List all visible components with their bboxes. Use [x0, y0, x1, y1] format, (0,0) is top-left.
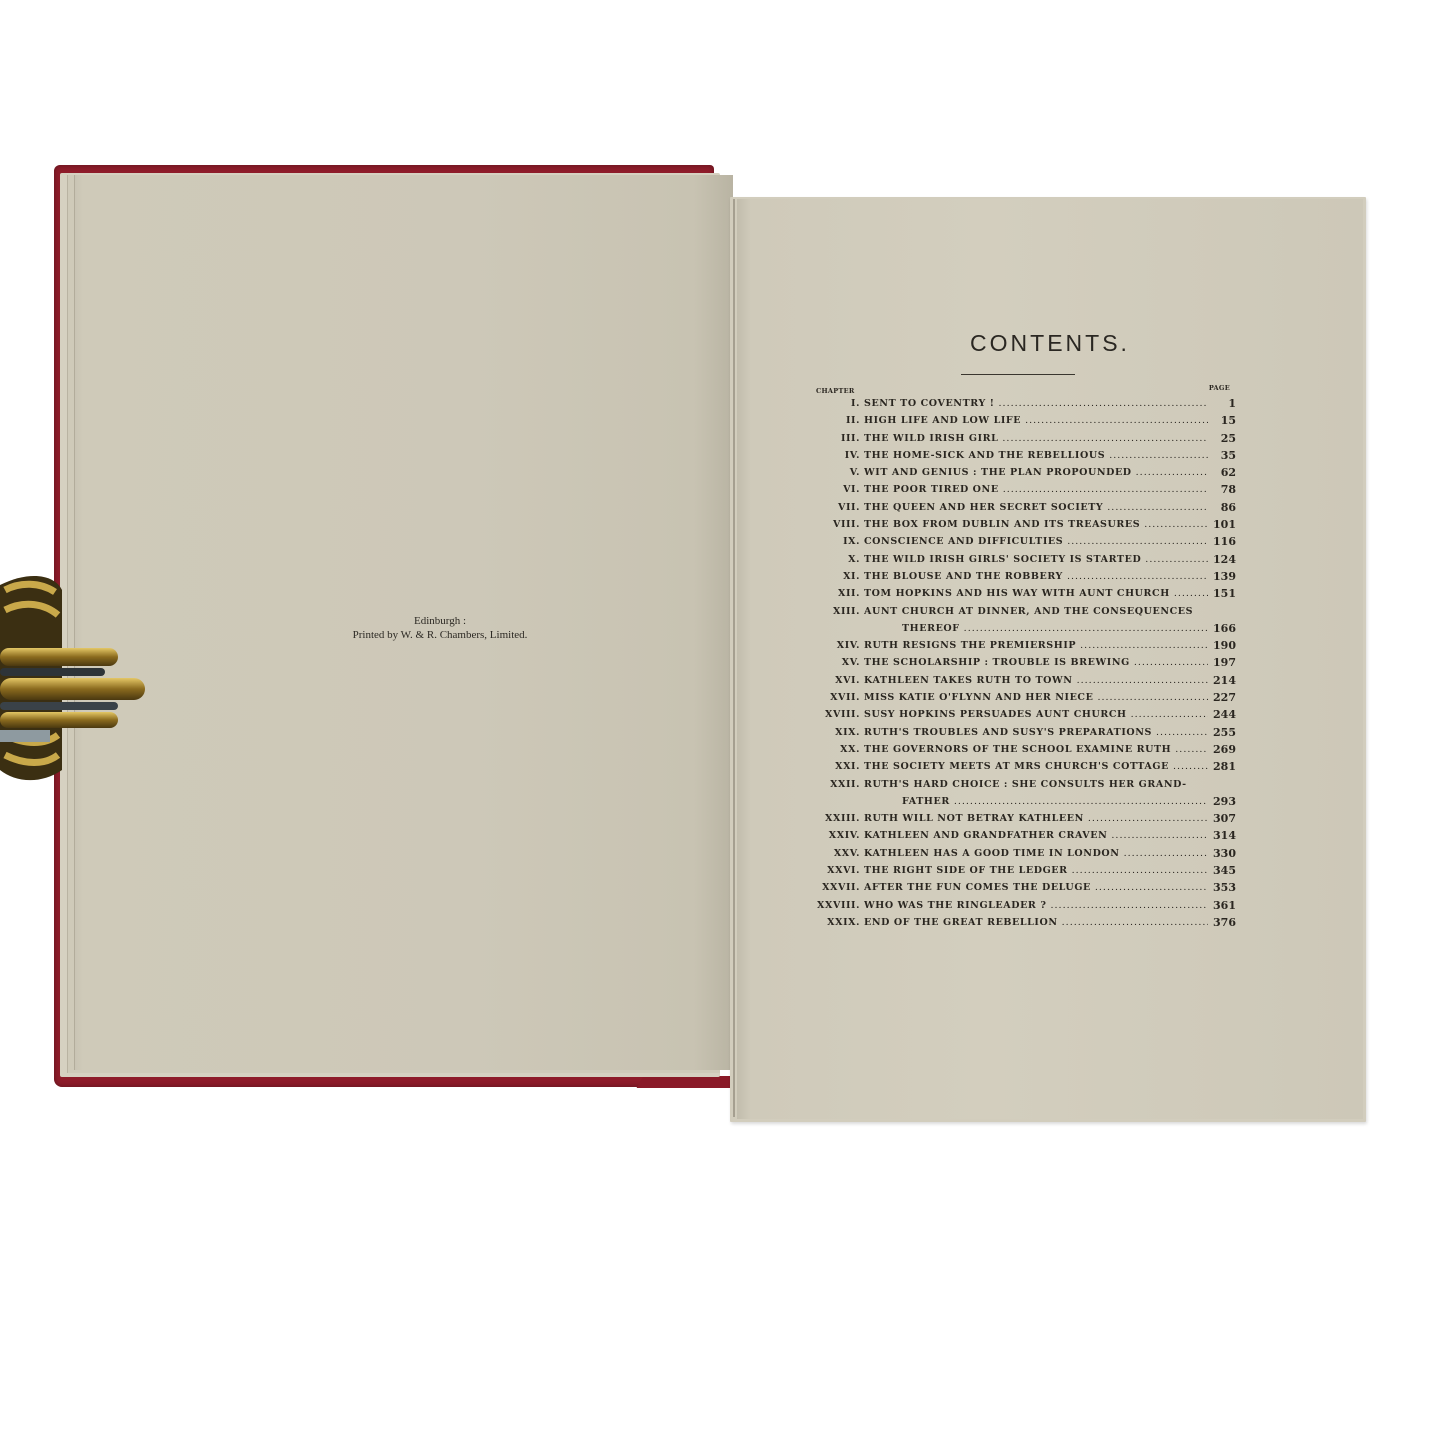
page-column-label: PAGE	[1209, 384, 1230, 392]
toc-entry: IX.CONSCIENCE AND DIFFICULTIES116	[812, 533, 1238, 550]
chapter-title: KATHLEEN AND GRANDFATHER CRAVEN	[864, 830, 1208, 841]
chapter-page-number: 353	[1213, 881, 1236, 894]
chapter-title: THE WILD IRISH GIRLS' SOCIETY IS STARTED	[864, 554, 1208, 565]
chapter-number: XXVI.	[827, 865, 860, 876]
chapter-number: V.	[850, 467, 860, 478]
toc-entry: XII.TOM HOPKINS AND HIS WAY WITH AUNT CH…	[812, 585, 1238, 602]
chapter-title-continued: FATHER	[902, 796, 1208, 807]
chapter-number: XIII.	[833, 606, 860, 617]
toc-entry: XIV.RUTH RESIGNS THE PREMIERSHIP190	[812, 637, 1238, 654]
chapter-number: X.	[848, 554, 860, 565]
chapter-number: XXIV.	[829, 830, 860, 841]
chapter-title: RUTH RESIGNS THE PREMIERSHIP	[864, 640, 1208, 651]
chapter-page-number: 86	[1221, 501, 1236, 514]
chapter-number: I.	[851, 398, 860, 409]
chapter-number: XII.	[838, 588, 860, 599]
toc-entry: XXVI.THE RIGHT SIDE OF THE LEDGER345	[812, 862, 1238, 879]
chapter-page-number: 244	[1213, 708, 1236, 721]
chapter-page-number: 197	[1213, 656, 1236, 669]
toc-entry: VIII.THE BOX FROM DUBLIN AND ITS TREASUR…	[812, 516, 1238, 533]
chapter-page-number: 1	[1228, 397, 1236, 410]
chapter-page-number: 116	[1213, 535, 1236, 548]
chapter-page-number: 227	[1213, 691, 1236, 704]
chapter-number: XVII.	[830, 692, 860, 703]
bookstand-clip-icon	[0, 570, 150, 785]
toc-entry: III.THE WILD IRISH GIRL25	[812, 430, 1238, 447]
toc-header: CHAPTER PAGE	[812, 384, 1238, 395]
chapter-number: II.	[846, 415, 860, 426]
chapter-title: AUNT CHURCH AT DINNER, AND THE CONSEQUEN…	[864, 606, 1208, 617]
chapter-page-number: 78	[1221, 483, 1236, 496]
chapter-title: THE GOVERNORS OF THE SCHOOL EXAMINE RUTH	[864, 744, 1208, 755]
book-gutter	[733, 199, 735, 1117]
chapter-title: THE POOR TIRED ONE	[864, 484, 1208, 495]
chapter-title: AFTER THE FUN COMES THE DELUGE	[864, 882, 1208, 893]
chapter-page-number: 269	[1213, 743, 1236, 756]
toc-entry: XXIV.KATHLEEN AND GRANDFATHER CRAVEN314	[812, 827, 1238, 844]
toc-entry: XVIII.SUSY HOPKINS PERSUADES AUNT CHURCH…	[812, 706, 1238, 723]
chapter-title: THE RIGHT SIDE OF THE LEDGER	[864, 865, 1208, 876]
toc-entry: VII.THE QUEEN AND HER SECRET SOCIETY86	[812, 499, 1238, 516]
chapter-number: VI.	[843, 484, 860, 495]
chapter-title: WHO WAS THE RINGLEADER ?	[864, 900, 1208, 911]
chapter-title: THE QUEEN AND HER SECRET SOCIETY	[864, 502, 1208, 513]
chapter-page-number: 62	[1221, 466, 1236, 479]
chapter-title: KATHLEEN TAKES RUTH TO TOWN	[864, 675, 1208, 686]
chapter-number: XX.	[840, 744, 860, 755]
chapter-title: RUTH'S TROUBLES AND SUSY'S PREPARATIONS	[864, 727, 1208, 738]
chapter-page-number: 330	[1213, 847, 1236, 860]
chapter-number: XV.	[842, 657, 860, 668]
imprint-printer: Printed by W. & R. Chambers, Limited.	[300, 628, 580, 642]
chapter-title: RUTH'S HARD CHOICE : SHE CONSULTS HER GR…	[864, 779, 1208, 790]
chapter-number: XIV.	[837, 640, 860, 651]
toc-entry: XXII.RUTH'S HARD CHOICE : SHE CONSULTS H…	[812, 776, 1238, 811]
toc-entry: VI.THE POOR TIRED ONE78	[812, 481, 1238, 498]
toc-entry: XIII.AUNT CHURCH AT DINNER, AND THE CONS…	[812, 603, 1238, 638]
chapter-page-number: 35	[1221, 449, 1236, 462]
toc-entry: V.WIT AND GENIUS : THE PLAN PROPOUNDED62	[812, 464, 1238, 481]
imprint-city: Edinburgh :	[300, 614, 580, 628]
chapter-title: THE SCHOLARSHIP : TROUBLE IS BREWING	[864, 657, 1208, 668]
toc-entry: X.THE WILD IRISH GIRLS' SOCIETY IS START…	[812, 551, 1238, 568]
chapter-title: HIGH LIFE AND LOW LIFE	[864, 415, 1208, 426]
chapter-number: XXVIII.	[817, 900, 860, 911]
chapter-title: RUTH WILL NOT BETRAY KATHLEEN	[864, 813, 1208, 824]
chapter-page-number: 314	[1213, 829, 1236, 842]
chapter-title: MISS KATIE O'FLYNN AND HER NIECE	[864, 692, 1208, 703]
chapter-number: XXIX.	[827, 917, 860, 928]
toc-entry: IV.THE HOME-SICK AND THE REBELLIOUS35	[812, 447, 1238, 464]
chapter-page-number: 293	[1213, 795, 1236, 808]
chapter-number: XIX.	[835, 727, 860, 738]
chapter-title: THE WILD IRISH GIRL	[864, 433, 1208, 444]
chapter-column-label: CHAPTER	[816, 387, 855, 395]
toc-entry: XV.THE SCHOLARSHIP : TROUBLE IS BREWING1…	[812, 654, 1238, 671]
toc-entry: XX.THE GOVERNORS OF THE SCHOOL EXAMINE R…	[812, 741, 1238, 758]
chapter-title-continued: THEREOF	[902, 623, 1208, 634]
chapter-page-number: 214	[1213, 674, 1236, 687]
toc-entry: I.SENT TO COVENTRY !1	[812, 395, 1238, 412]
chapter-number: XXIII.	[825, 813, 860, 824]
toc-entry: II.HIGH LIFE AND LOW LIFE15	[812, 412, 1238, 429]
chapter-page-number: 166	[1213, 622, 1236, 635]
chapter-title: THE BLOUSE AND THE ROBBERY	[864, 571, 1208, 582]
chapter-title: SUSY HOPKINS PERSUADES AUNT CHURCH	[864, 709, 1208, 720]
chapter-page-number: 25	[1221, 432, 1236, 445]
chapter-number: XXV.	[834, 848, 860, 859]
chapter-page-number: 139	[1213, 570, 1236, 583]
chapter-title: THE SOCIETY MEETS AT MRS CHURCH'S COTTAG…	[864, 761, 1208, 772]
chapter-number: XXI.	[835, 761, 860, 772]
chapter-number: XXVII.	[822, 882, 860, 893]
chapter-page-number: 124	[1213, 553, 1236, 566]
chapter-page-number: 361	[1213, 899, 1236, 912]
chapter-page-number: 15	[1221, 414, 1236, 427]
chapter-number: XI.	[843, 571, 860, 582]
chapter-page-number: 101	[1213, 518, 1236, 531]
toc-entry: XXI.THE SOCIETY MEETS AT MRS CHURCH'S CO…	[812, 758, 1238, 775]
printer-imprint: Edinburgh : Printed by W. & R. Chambers,…	[300, 614, 580, 642]
chapter-page-number: 307	[1213, 812, 1236, 825]
chapter-page-number: 151	[1213, 587, 1236, 600]
heading-rule	[961, 374, 1075, 375]
chapter-number: XVI.	[835, 675, 860, 686]
table-of-contents: CHAPTER PAGE I.SENT TO COVENTRY !1II.HIG…	[812, 384, 1238, 931]
chapter-title: KATHLEEN HAS A GOOD TIME IN LONDON	[864, 848, 1208, 859]
toc-entry: XIX.RUTH'S TROUBLES AND SUSY'S PREPARATI…	[812, 724, 1238, 741]
chapter-title: THE HOME-SICK AND THE REBELLIOUS	[864, 450, 1208, 461]
chapter-number: XVIII.	[825, 709, 860, 720]
chapter-page-number: 255	[1213, 726, 1236, 739]
chapter-number: VII.	[838, 502, 860, 513]
chapter-number: III.	[841, 433, 860, 444]
chapter-page-number: 345	[1213, 864, 1236, 877]
contents-heading: CONTENTS.	[900, 330, 1200, 357]
toc-entry: XVII.MISS KATIE O'FLYNN AND HER NIECE227	[812, 689, 1238, 706]
chapter-page-number: 376	[1213, 916, 1236, 929]
toc-entry: XXIII.RUTH WILL NOT BETRAY KATHLEEN307	[812, 810, 1238, 827]
chapter-title: END OF THE GREAT REBELLION	[864, 917, 1208, 928]
chapter-page-number: 190	[1213, 639, 1236, 652]
toc-entry: XVI.KATHLEEN TAKES RUTH TO TOWN214	[812, 672, 1238, 689]
toc-entry: XXVII.AFTER THE FUN COMES THE DELUGE353	[812, 879, 1238, 896]
chapter-title: SENT TO COVENTRY !	[864, 398, 1208, 409]
toc-entry: XXIX.END OF THE GREAT REBELLION376	[812, 914, 1238, 931]
toc-entry: XI.THE BLOUSE AND THE ROBBERY139	[812, 568, 1238, 585]
chapter-number: VIII.	[833, 519, 860, 530]
chapter-title: CONSCIENCE AND DIFFICULTIES	[864, 536, 1208, 547]
toc-entry: XXVIII.WHO WAS THE RINGLEADER ?361	[812, 897, 1238, 914]
toc-entry: XXV.KATHLEEN HAS A GOOD TIME IN LONDON33…	[812, 845, 1238, 862]
chapter-page-number: 281	[1213, 760, 1236, 773]
chapter-title: WIT AND GENIUS : THE PLAN PROPOUNDED	[864, 467, 1208, 478]
chapter-number: XXII.	[830, 779, 860, 790]
chapter-title: TOM HOPKINS AND HIS WAY WITH AUNT CHURCH	[864, 588, 1208, 599]
chapter-number: IX.	[843, 536, 860, 547]
chapter-title: THE BOX FROM DUBLIN AND ITS TREASURES	[864, 519, 1208, 530]
chapter-number: IV.	[845, 450, 860, 461]
